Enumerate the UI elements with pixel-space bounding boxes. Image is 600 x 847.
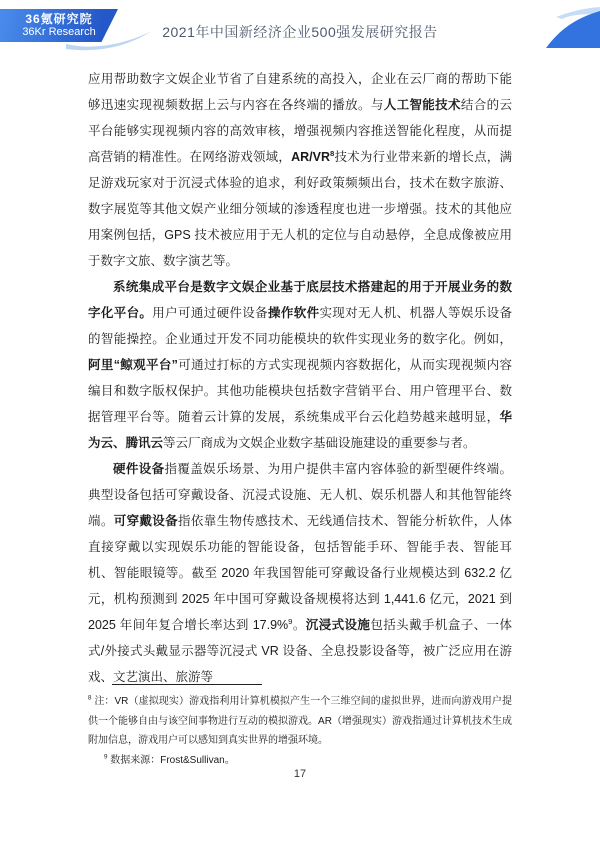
logo-badge: 36氪研究院 36Kr Research <box>0 9 118 42</box>
footnote-8: 8 注：VR（虚拟现实）游戏指利用计算机模拟产生一个三维空间的虚拟世界，进而向游… <box>88 692 512 751</box>
text-run: 用户可通过硬件设备 <box>152 306 268 320</box>
text-run: 硬件设备 <box>113 462 165 476</box>
text-run: 沉浸式设施 <box>306 618 371 632</box>
footnotes: 8 注：VR（虚拟现实）游戏指利用计算机模拟产生一个三维空间的虚拟世界，进而向游… <box>88 692 512 770</box>
text-run: AR/VR <box>291 150 330 164</box>
page-body: 应用帮助数字文娱企业节省了自建系统的高投入，企业在云厂商的帮助下能够迅速实现视频… <box>88 66 512 690</box>
paragraph-cloud-application: 应用帮助数字文娱企业节省了自建系统的高投入，企业在云厂商的帮助下能够迅速实现视频… <box>88 66 512 274</box>
text-run: 。 <box>292 618 305 632</box>
text-run: 注：VR（虚拟现实）游戏指利用计算机模拟产生一个三维空间的虚拟世界，进而向游戏用… <box>88 696 512 746</box>
text-run: 人工智能技术 <box>384 98 461 112</box>
text-run: 阿里“鲸观平台” <box>88 358 178 372</box>
text-run: 数据来源：Frost&Sullivan。 <box>107 755 234 766</box>
report-page: 36氪研究院 36Kr Research 2021年中国新经济企业500强发展研… <box>0 0 600 847</box>
footnote-separator <box>112 684 262 685</box>
corner-decoration-icon <box>538 4 600 50</box>
text-run: 指依靠生物传感技术、无线通信技术、智能分析软件，人体直接穿戴以实现娱乐功能的智能… <box>88 514 512 632</box>
text-run: 技术为行业带来新的增长点，满足游戏玩家对于沉浸式体验的追求，利好政策频频出台，技… <box>88 150 512 268</box>
logo-text-cn: 36氪研究院 <box>0 12 118 26</box>
text-run: 可穿戴设备 <box>114 514 178 528</box>
text-run: 操作软件 <box>268 306 319 320</box>
paragraph-hardware-devices: 硬件设备指覆盖娱乐场景、为用户提供丰富内容体验的新型硬件终端。典型设备包括可穿戴… <box>88 456 512 690</box>
text-run: 等云厂商成为文娱企业数字基础设施建设的重要参与者。 <box>163 436 476 450</box>
page-number: 17 <box>0 768 600 780</box>
paragraph-system-integration-platform: 系统集成平台是数字文娱企业基于底层技术搭建起的用于开展业务的数字化平台。用户可通… <box>88 274 512 456</box>
logo-text-en: 36Kr Research <box>0 26 118 39</box>
